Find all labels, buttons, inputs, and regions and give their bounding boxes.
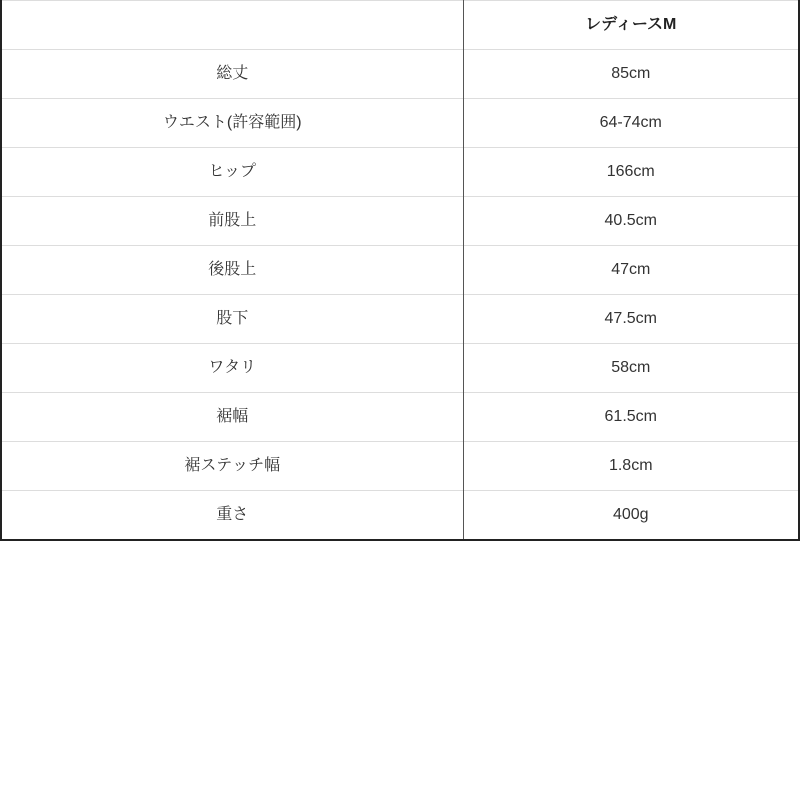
measurement-value-cell: 47.5cm (463, 295, 799, 344)
measurement-label-cell: 裾ステッチ幅 (1, 442, 463, 491)
measurement-value-cell: 85cm (463, 50, 799, 99)
measurement-value-cell: 166cm (463, 148, 799, 197)
table-row: 総丈 85cm (1, 50, 799, 99)
measurement-value-cell: 400g (463, 491, 799, 541)
measurement-label-cell: 股下 (1, 295, 463, 344)
header-row: レディースM (1, 1, 799, 50)
table-row: 重さ 400g (1, 491, 799, 541)
measurement-label-cell: 後股上 (1, 246, 463, 295)
measurement-label-cell: 重さ (1, 491, 463, 541)
table-row: 股下 47.5cm (1, 295, 799, 344)
size-header-cell: レディースM (463, 1, 799, 50)
measurement-value-cell: 64-74cm (463, 99, 799, 148)
measurement-value-cell: 58cm (463, 344, 799, 393)
measurement-label-cell: ワタリ (1, 344, 463, 393)
table-row: ワタリ 58cm (1, 344, 799, 393)
table-row: 後股上 47cm (1, 246, 799, 295)
table-row: 裾ステッチ幅 1.8cm (1, 442, 799, 491)
measurement-value-cell: 47cm (463, 246, 799, 295)
table-row: 前股上 40.5cm (1, 197, 799, 246)
measurement-value-cell: 1.8cm (463, 442, 799, 491)
measurement-value-cell: 61.5cm (463, 393, 799, 442)
table-header: レディースM (1, 1, 799, 50)
measurement-header-cell (1, 1, 463, 50)
table-row: ヒップ 166cm (1, 148, 799, 197)
measurement-label-cell: 前股上 (1, 197, 463, 246)
measurement-label-cell: ヒップ (1, 148, 463, 197)
table-body: 総丈 85cm ウエスト(許容範囲) 64-74cm ヒップ 166cm 前股上… (1, 50, 799, 541)
table-row: ウエスト(許容範囲) 64-74cm (1, 99, 799, 148)
measurement-label-cell: ウエスト(許容範囲) (1, 99, 463, 148)
size-chart-table: レディースM 総丈 85cm ウエスト(許容範囲) 64-74cm ヒップ 16… (0, 0, 800, 541)
table-row: 裾幅 61.5cm (1, 393, 799, 442)
measurement-label-cell: 裾幅 (1, 393, 463, 442)
measurement-label-cell: 総丈 (1, 50, 463, 99)
measurement-value-cell: 40.5cm (463, 197, 799, 246)
